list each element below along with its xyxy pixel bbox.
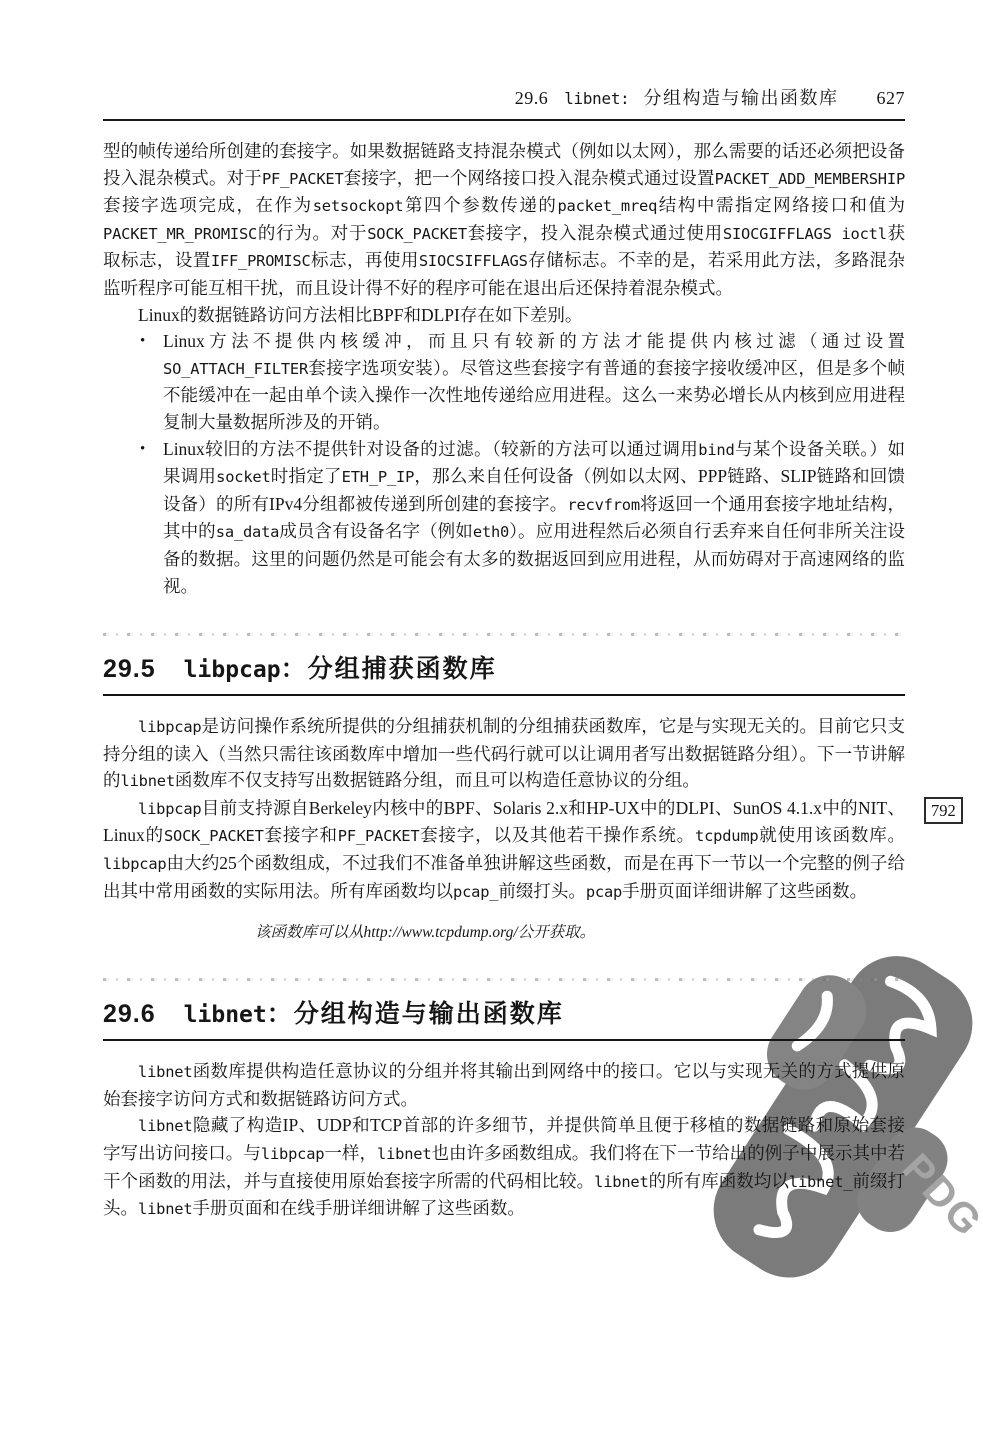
- bullet-item: •Linux较旧的方法不提供针对设备的过滤。（较新的方法可以通过调用bind与某…: [140, 436, 905, 600]
- text-run: 手册页面和在线手册详细讲解了这些函数。: [192, 1198, 525, 1218]
- paragraph: Linux的数据链路访问方法相比BPF和DLPI存在如下差别。: [103, 302, 905, 329]
- code-term: IFF_PROMISC: [211, 252, 311, 270]
- text-run: 结构中需指定网络接口和值为: [657, 195, 905, 215]
- header-section-title: 分组构造与输出函数库: [644, 84, 839, 110]
- text-run: Linux较旧的方法不提供针对设备的过滤。（较新的方法可以通过调用: [163, 439, 698, 459]
- section-title: 29.5libpcap：分组捕获函数库: [103, 649, 905, 696]
- original-page-marker: 792: [924, 797, 963, 824]
- header-section-number: 29.6: [515, 88, 549, 109]
- code-term: PACKET_ADD_MEMBERSHIP: [715, 170, 905, 188]
- code-term: libnet_: [789, 1173, 852, 1191]
- section-number: 29.6: [103, 1000, 156, 1029]
- bullet-icon: •: [140, 436, 163, 600]
- section-number: 29.5: [103, 655, 156, 684]
- section-code-name: libnet: [184, 1002, 267, 1028]
- code-term: libnet: [138, 1063, 192, 1081]
- paragraph: libnet函数库提供构造任意协议的分组并将其输出到网络中的接口。它以与实现无关…: [103, 1058, 905, 1112]
- code-term: libpcap: [138, 718, 201, 736]
- text-run: 前缀打头。: [498, 881, 586, 901]
- code-term: setsockopt: [313, 197, 404, 215]
- page-body: 型的帧传递给所创建的套接字。如果数据链路支持混杂模式（例如以太网），那么需要的话…: [103, 138, 905, 1223]
- text-run: Linux的数据链路访问方法相比BPF和DLPI存在如下差别。: [138, 305, 582, 325]
- bullet-icon: •: [140, 328, 163, 435]
- text-run: 函数库不仅支持写出数据链路分组，而且可以构造任意协议的分组。: [175, 770, 700, 790]
- text-run: 时指定了: [271, 466, 342, 486]
- code-term: libnet: [138, 1117, 192, 1135]
- scan-noise-line: [103, 633, 905, 636]
- header-section-code: libnet:: [564, 89, 629, 108]
- text-run: 该函数库可以从http://www.tcpdump.org/公开获取。: [255, 924, 595, 941]
- text-column: 29.6 libnet: 分组构造与输出函数库 627 型的帧传递给所创建的套接…: [103, 84, 905, 1223]
- code-term: ETH_P_IP: [342, 468, 415, 486]
- header-page-number: 627: [877, 88, 906, 109]
- code-term: SIOCGIFFLAGS ioctl: [723, 225, 887, 243]
- paragraph: libpcap目前支持源自Berkeley内核中的BPF、Solaris 2.x…: [103, 795, 905, 905]
- text-run: 成员含有设备名字（例如: [279, 521, 473, 541]
- paragraph: libpcap是访问操作系统所提供的分组捕获机制的分组捕获函数库，它是与实现无关…: [103, 713, 905, 795]
- code-term: libnet: [594, 1173, 648, 1191]
- code-term: SOCK_PACKET: [164, 827, 264, 845]
- code-term: socket: [216, 468, 270, 486]
- code-term: libnet: [138, 1200, 192, 1218]
- book-page: PDG 792 29.6 libnet: 分组构造与输出函数库 627 型的帧传…: [0, 0, 983, 1447]
- text-run: 标志，再使用: [311, 250, 419, 270]
- paragraph: libnet隐藏了构造IP、UDP和TCP首部的许多细节，并提供简单且便于移植的…: [103, 1112, 905, 1222]
- code-term: sa_data: [216, 523, 279, 541]
- code-term: libnet: [377, 1145, 431, 1163]
- section-heading: 29.6libnet：分组构造与输出函数库: [103, 978, 905, 1041]
- text-run: 套接字，把一个网络接口投入混杂模式通过设置: [344, 168, 715, 188]
- scan-noise-line: [103, 978, 905, 981]
- code-term: pcap: [586, 883, 622, 901]
- section-title: 29.6libnet：分组构造与输出函数库: [103, 994, 905, 1041]
- bullet-text: Linux较旧的方法不提供针对设备的过滤。（较新的方法可以通过调用bind与某个…: [163, 436, 905, 600]
- code-term: pcap_: [453, 883, 498, 901]
- indented-note: 该函数库可以从http://www.tcpdump.org/公开获取。: [255, 922, 905, 944]
- bullet-item: •Linux方法不提供内核缓冲，而且只有较新的方法才能提供内核过滤（通过设置SO…: [140, 328, 905, 435]
- code-term: tcpdump: [695, 827, 758, 845]
- section-title-text: ：分组捕获函数库: [281, 649, 497, 685]
- code-term: libpcap: [103, 855, 166, 873]
- section-heading: 29.5libpcap：分组捕获函数库: [103, 633, 905, 696]
- code-term: SIOCSIFFLAGS: [419, 252, 528, 270]
- code-term: libnet: [121, 772, 175, 790]
- section-code-name: libpcap: [184, 657, 281, 683]
- text-run: 套接字和: [264, 825, 338, 845]
- code-term: libpcap: [261, 1145, 324, 1163]
- code-term: eth0: [473, 523, 509, 541]
- code-term: recvfrom: [567, 496, 640, 514]
- text-run: 第四个参数传递的: [403, 195, 557, 215]
- text-run: 套接字选项完成，在作为: [103, 195, 313, 215]
- code-term: PF_PACKET: [338, 827, 420, 845]
- text-run: 的行为。对于: [257, 223, 367, 243]
- code-term: SO_ATTACH_FILTER: [163, 360, 308, 378]
- text-run: 套接字，投入混杂模式通过使用: [467, 223, 723, 243]
- text-run: Linux方法不提供内核缓冲，而且只有较新的方法才能提供内核过滤（通过设置: [163, 331, 905, 351]
- code-term: libpcap: [138, 800, 201, 818]
- text-run: 套接字，以及其他若干操作系统。: [419, 825, 695, 845]
- code-term: SOCK_PACKET: [367, 225, 467, 243]
- code-term: PACKET_MR_PROMISC: [103, 225, 257, 243]
- paragraph: 型的帧传递给所创建的套接字。如果数据链路支持混杂模式（例如以太网），那么需要的话…: [103, 138, 905, 302]
- text-run: 就使用该函数库。: [758, 825, 905, 845]
- text-run: 的所有库函数均以: [649, 1171, 789, 1191]
- text-run: 函数库提供构造任意协议的分组并将其输出到网络中的接口。它以与实现无关的方式提供原…: [103, 1061, 905, 1109]
- code-term: PF_PACKET: [262, 170, 344, 188]
- text-run: 手册页面详细讲解了这些函数。: [622, 881, 867, 901]
- bullet-text: Linux方法不提供内核缓冲，而且只有较新的方法才能提供内核过滤（通过设置SO_…: [163, 328, 905, 435]
- code-term: packet_mreq: [557, 197, 657, 215]
- text-run: 一样，: [324, 1143, 377, 1163]
- section-title-text: ：分组构造与输出函数库: [267, 994, 564, 1030]
- running-header: 29.6 libnet: 分组构造与输出函数库 627: [103, 84, 905, 121]
- code-term: bind: [698, 441, 734, 459]
- watermark-pdg-label: PDG: [893, 1145, 983, 1246]
